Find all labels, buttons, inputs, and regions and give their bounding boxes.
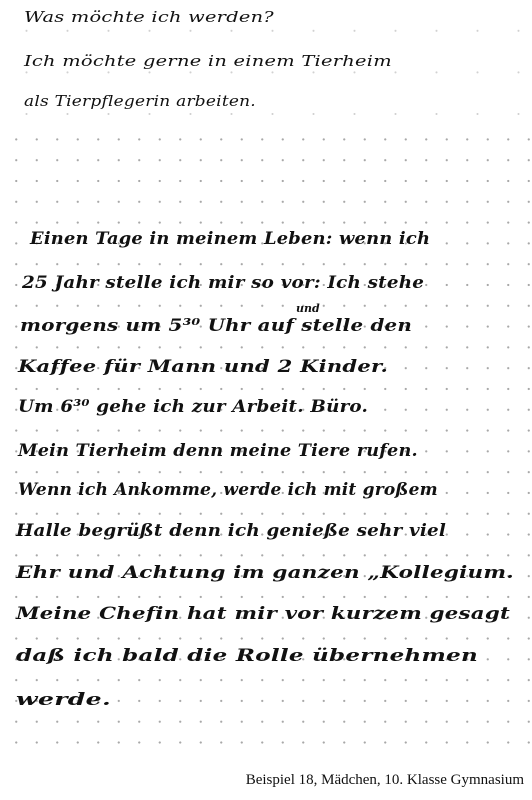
- figure-caption: Beispiel 18, Mädchen, 10. Klasse Gymnasi…: [246, 772, 524, 789]
- intro-line-2: Ich möchte gerne in einem Tierheim: [24, 52, 392, 70]
- body-line-10: Meine Chefin hat mir vor kurzem gesagt: [16, 604, 510, 624]
- body-line-12: werde.: [16, 690, 111, 710]
- body-line-2: 25 Jahr stelle ich mir so vor: Ich stehe: [22, 273, 424, 293]
- essay-question: Was möchte ich werden?: [24, 8, 274, 26]
- body-line-4: Kaffee für Mann und 2 Kinder.: [18, 357, 388, 377]
- body-line-8: Halle begrüßt denn ich genieße sehr viel: [16, 521, 446, 541]
- body-line-11: daß ich bald die Rolle übernehmen: [16, 646, 478, 666]
- intro-line-3: als Tierpflegerin arbeiten.: [24, 92, 256, 110]
- inserted-word: und: [296, 302, 320, 315]
- body-line-7: Wenn ich Ankomme, werde ich mit großem: [18, 480, 438, 500]
- body-line-1: Einen Tage in meinem Leben: wenn ich: [30, 229, 430, 249]
- body-line-6: Mein Tierheim denn meine Tiere rufen.: [18, 441, 418, 461]
- body-line-3: morgens um 5³⁰ Uhr auf stelle den: [20, 316, 412, 336]
- body-line-5: Um 6³⁰ gehe ich zur Arbeit. Büro.: [18, 397, 368, 417]
- body-line-9: Ehr und Achtung im ganzen „Kollegium.: [16, 563, 514, 583]
- scanned-page: Was möchte ich werden? Ich möchte gerne …: [0, 0, 532, 800]
